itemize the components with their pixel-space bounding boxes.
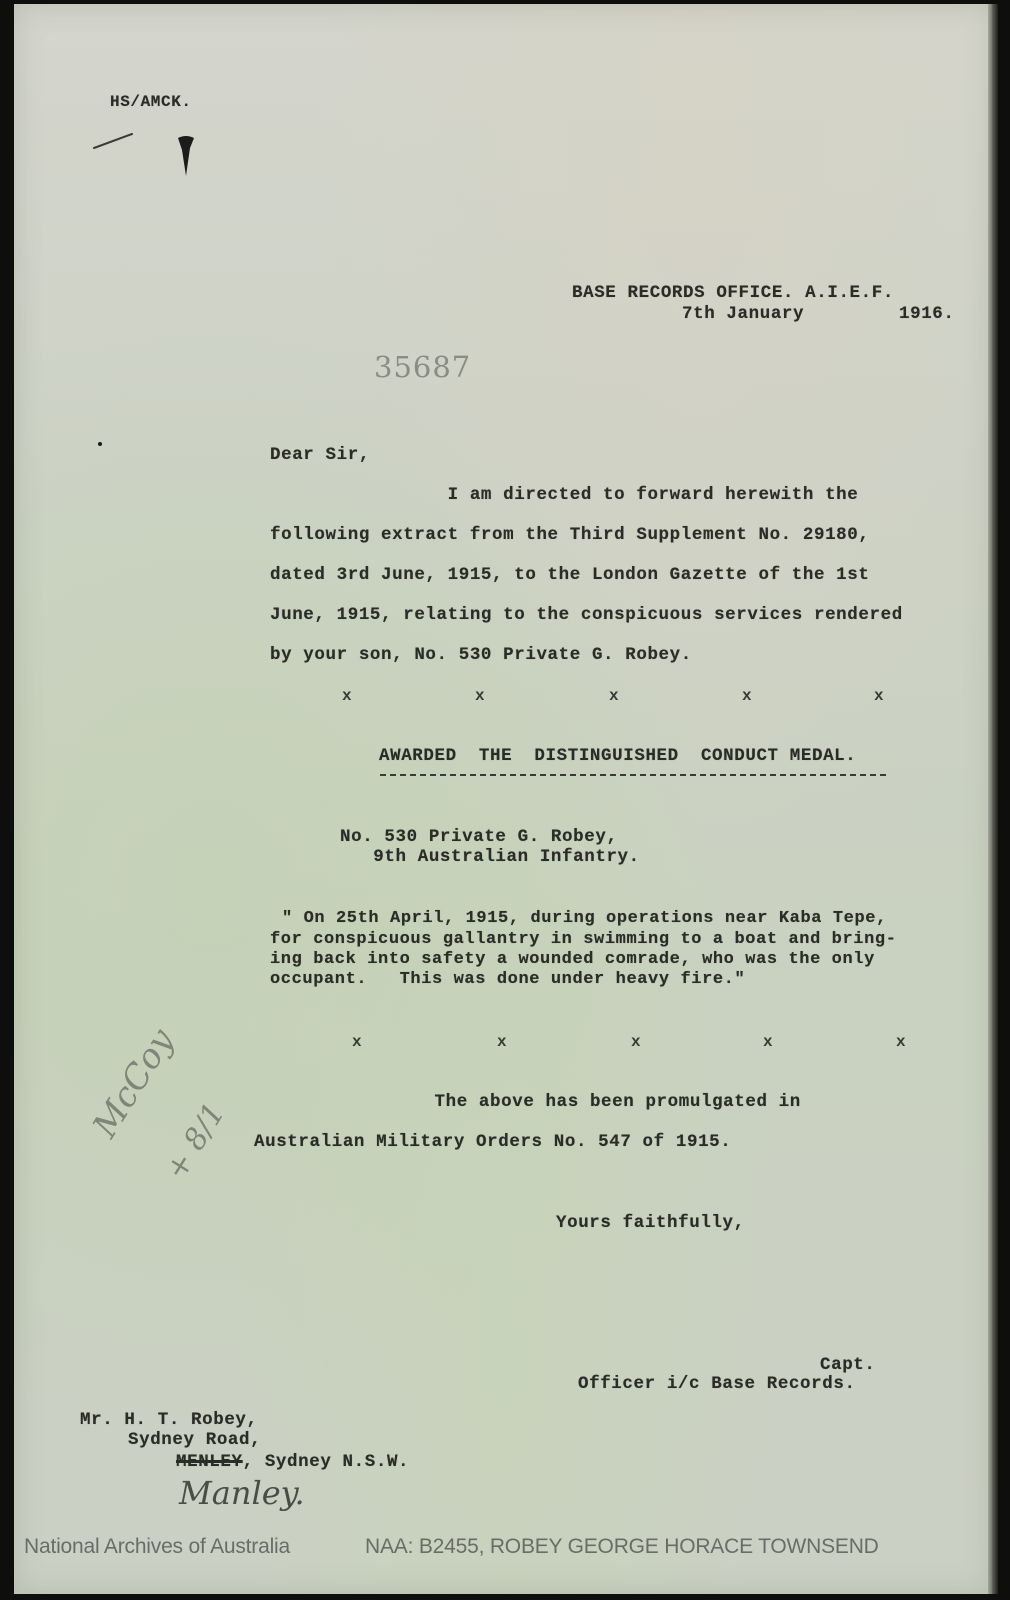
separator-mark: x	[631, 1033, 641, 1051]
letterhead-office: BASE RECORDS OFFICE. A.I.E.F.	[572, 285, 894, 303]
heading-underline	[380, 774, 886, 776]
signature-title: Officer i/c Base Records.	[578, 1376, 856, 1394]
ink-blot-icon	[174, 132, 198, 178]
reference-code: HS/AMCK.	[110, 94, 192, 110]
promulgation-line: The above has been promulgated in	[268, 1094, 801, 1112]
body-line: I am directed to forward herewith the	[270, 487, 858, 505]
addressee-city-line: MENLEY, Sydney N.S.W.	[176, 1454, 409, 1472]
separator-mark: x	[352, 1033, 362, 1051]
award-heading: AWARDED THE DISTINGUISHED CONDUCT MEDAL.	[379, 748, 856, 766]
archive-watermark: National Archives of Australia	[24, 1535, 290, 1559]
recipient-unit: 9th Australian Infantry.	[340, 849, 640, 867]
recipient-line: No. 530 Private G. Robey,	[340, 829, 618, 847]
pen-stroke-icon	[92, 128, 138, 152]
separator-mark: x	[874, 687, 884, 705]
struck-suburb: MENLEY	[176, 1452, 243, 1472]
signature-rank: Capt.	[820, 1357, 876, 1375]
salutation: Dear Sir,	[270, 447, 370, 465]
promulgation-line: Australian Military Orders No. 547 of 19…	[254, 1134, 731, 1152]
letterhead-year: 1916.	[899, 306, 955, 324]
citation-line: for conspicuous gallantry in swimming to…	[270, 931, 897, 948]
separator-mark: x	[342, 687, 352, 705]
handwritten-suburb-correction: Manley.	[179, 1474, 305, 1512]
pencil-annotation-date: + 8/1	[159, 1097, 233, 1186]
separator-mark: x	[609, 687, 619, 705]
separator-mark: x	[763, 1033, 773, 1051]
addressee-city: , Sydney N.S.W.	[243, 1452, 410, 1472]
body-line: dated 3rd June, 1915, to the London Gaze…	[270, 567, 870, 585]
body-line: by your son, No. 530 Private G. Robey.	[270, 647, 692, 665]
file-stamp-number: 35687	[374, 350, 471, 384]
body-line: following extract from the Third Supplem…	[270, 527, 870, 545]
separator-mark: x	[742, 687, 752, 705]
body-line: June, 1915, relating to the conspicuous …	[270, 607, 903, 625]
closing: Yours faithfully,	[556, 1215, 745, 1233]
addressee-street: Sydney Road,	[128, 1432, 261, 1450]
scanned-letter-page: HS/AMCK. BASE RECORDS OFFICE. A.I.E.F. 7…	[14, 4, 992, 1594]
addressee-name: Mr. H. T. Robey,	[80, 1412, 258, 1430]
speck-icon	[98, 442, 102, 446]
citation-line: " On 25th April, 1915, during operations…	[282, 910, 887, 927]
separator-mark: x	[896, 1033, 906, 1051]
separator-mark: x	[497, 1033, 507, 1051]
separator-mark: x	[475, 687, 485, 705]
citation-line: ing back into safety a wounded comrade, …	[270, 951, 875, 968]
citation-line: occupant. This was done under heavy fire…	[270, 971, 745, 988]
pencil-annotation-name: McCoy	[85, 1022, 182, 1145]
archive-citation: NAA: B2455, ROBEY GEORGE HORACE TOWNSEND	[365, 1535, 879, 1559]
letterhead-date: 7th January	[682, 306, 804, 324]
